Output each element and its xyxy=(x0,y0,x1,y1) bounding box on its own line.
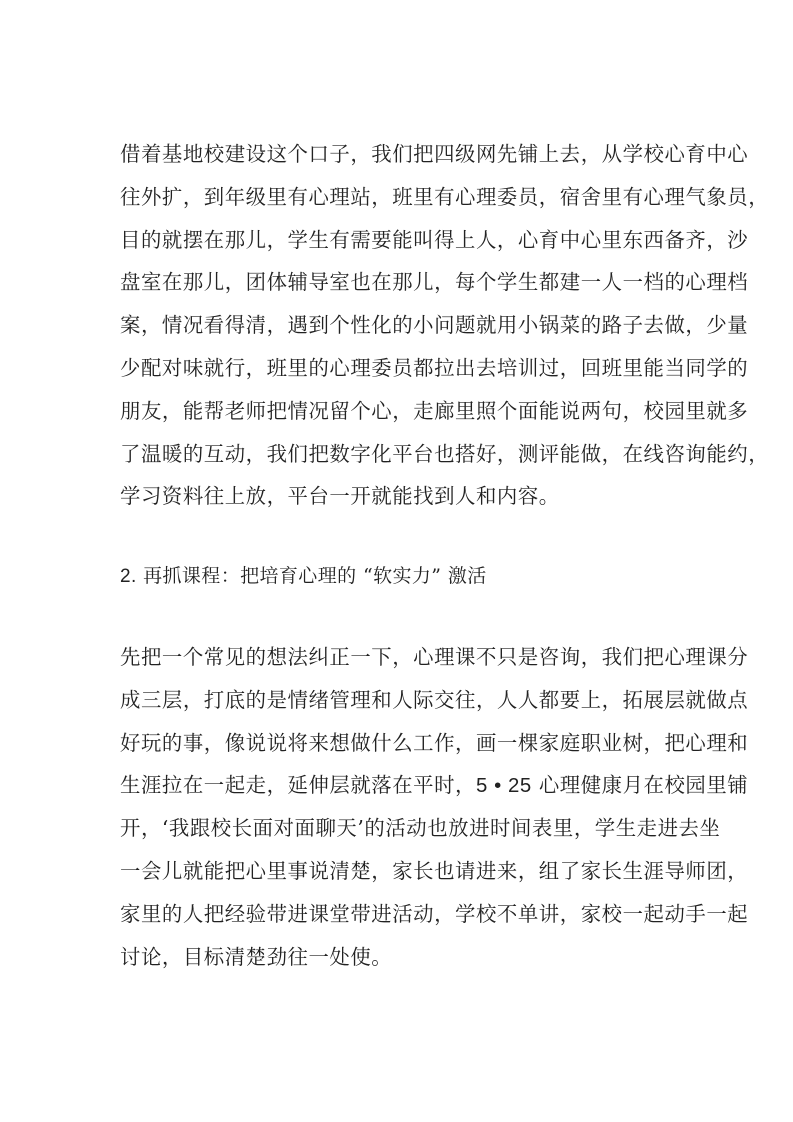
text-line: 先把一个常见的想法纠正一下，心理课不只是咨询，我们把心理课分 xyxy=(120,636,676,679)
text-line: 讨论，目标清楚劲往一处使。 xyxy=(120,936,676,979)
text-line-with-date: 生涯拉在一起走，延伸层就落在平时，5 • 25 心理健康月在校园里铺 xyxy=(120,764,676,807)
document-page: 借着基地校建设这个口子，我们把四级网先铺上去，从学校心育中心 往外扩，到年级里有… xyxy=(0,0,793,1122)
text-line: 家里的人把经验带进课堂带进活动，学校不单讲，家校一起动手一起 xyxy=(120,893,676,936)
text-line: 目的就摆在那儿，学生有需要能叫得上人，心育中心里东西备齐，沙 xyxy=(120,219,676,262)
text-line: 成三层，打底的是情绪管理和人际交往，人人都要上，拓展层就做点 xyxy=(120,679,676,722)
text-line: 了温暖的互动，我们把数字化平台也搭好，测评能做，在线咨询能约， xyxy=(120,433,676,476)
section-heading: 2. 再抓课程：把培育心理的 “软实力” 激活 xyxy=(120,562,487,591)
section-number: 2. xyxy=(120,566,137,587)
date-segment: 5 • 25 xyxy=(476,775,532,797)
text-line: 学习资料往上放，平台一开就能找到人和内容。 xyxy=(120,475,676,518)
text-line: 盘室在那儿，团体辅导室也在那儿，每个学生都建一人一档的心理档 xyxy=(120,261,676,304)
paragraph-infrastructure: 借着基地校建设这个口子，我们把四级网先铺上去，从学校心育中心 往外扩，到年级里有… xyxy=(120,133,676,518)
text-segment: 心理健康月在校园里铺 xyxy=(532,773,748,797)
text-line: 好玩的事，像说说将来想做什么工作，画一棵家庭职业树，把心理和 xyxy=(120,722,676,765)
paragraph-curriculum: 先把一个常见的想法纠正一下，心理课不只是咨询，我们把心理课分 成三层，打底的是情… xyxy=(120,636,676,978)
section-title: 再抓课程：把培育心理的 “软实力” 激活 xyxy=(143,565,487,587)
text-segment: 生涯拉在一起走，延伸层就落在平时， xyxy=(120,773,476,797)
text-line: 开，‘我跟校长面对面聊天’的活动也放进时间表里，学生走进去坐 xyxy=(120,807,676,850)
text-line: 借着基地校建设这个口子，我们把四级网先铺上去，从学校心育中心 xyxy=(120,133,676,176)
text-line: 朋友，能帮老师把情况留个心，走廊里照个面能说两句，校园里就多 xyxy=(120,390,676,433)
text-line: 一会儿就能把心里事说清楚，家长也请进来，组了家长生涯导师团， xyxy=(120,850,676,893)
text-line: 案，情况看得清，遇到个性化的小问题就用小锅菜的路子去做，少量 xyxy=(120,304,676,347)
text-line: 少配对味就行，班里的心理委员都拉出去培训过，回班里能当同学的 xyxy=(120,347,676,390)
text-line: 往外扩，到年级里有心理站，班里有心理委员，宿舍里有心理气象员， xyxy=(120,176,676,219)
